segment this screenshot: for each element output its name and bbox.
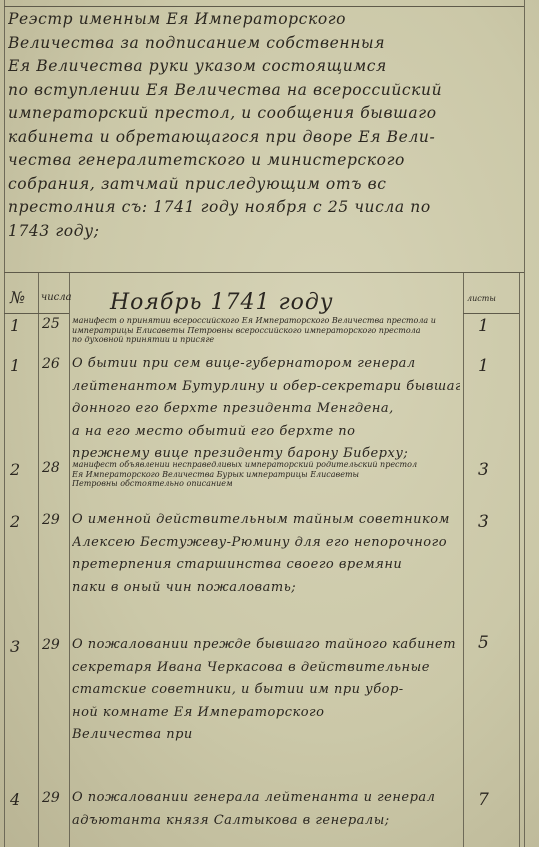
row-text-line: ной комнате Ея Императорского xyxy=(72,702,460,725)
row-text-line: Алексею Бестужеву-Рюмину для его непороч… xyxy=(72,532,460,555)
intro-line: престолния съ: 1741 году ноября с 25 чис… xyxy=(8,196,513,220)
row-text-line: лейтенантом Бутурлину и обер-секретари б… xyxy=(72,376,460,399)
row-text-line: О бытии при сем вице-губернатором генера… xyxy=(72,353,460,376)
row-text: О бытии при сем вице-губернатором генера… xyxy=(72,353,460,466)
left-margin-rule xyxy=(4,0,5,847)
row-text-line: Величества при xyxy=(72,724,460,747)
header-bottom-rule-left xyxy=(4,313,69,314)
row-page: 3 xyxy=(478,512,489,532)
intro-line: чества генералитетского и министерского xyxy=(8,149,513,173)
header-bottom-rule-right xyxy=(463,313,519,314)
row-number: 1 xyxy=(10,316,20,335)
row-text-line: О именной действительным тайным советник… xyxy=(72,509,460,532)
intro-line: собрания, затчмай приследующим отъ вс xyxy=(8,173,513,197)
row-text-line: донного его берхте президента Менгдена, xyxy=(72,398,460,421)
row-number: 2 xyxy=(10,512,20,531)
intro-line: Ея Величества руки указом состоящимся xyxy=(8,55,513,79)
number-column-rule xyxy=(38,272,39,847)
row-day: 29 xyxy=(42,637,60,653)
header-day: числа xyxy=(41,292,72,303)
month-title: Ноябрь 1741 году xyxy=(110,290,334,315)
intro-line: императорский престол, и сообщения бывша… xyxy=(8,102,513,126)
row-day: 29 xyxy=(42,512,60,528)
row-page: 7 xyxy=(478,790,489,810)
row-page: 1 xyxy=(478,356,489,376)
row-day: 26 xyxy=(42,356,60,372)
row-text-line: манифест о принятии всероссийского Ея Им… xyxy=(72,316,460,326)
row-number: 2 xyxy=(10,460,20,479)
row-number: 3 xyxy=(10,637,20,656)
row-text: О пожаловании генерала лейтенанта и гене… xyxy=(72,787,460,832)
row-number: 1 xyxy=(10,356,20,375)
row-text-line: О пожаловании генерала лейтенанта и гене… xyxy=(72,787,460,810)
row-text: манифест о принятии всероссийского Ея Им… xyxy=(72,316,460,345)
intro-line: Реэстр именным Ея Императорского xyxy=(8,8,513,32)
row-day: 25 xyxy=(42,316,60,332)
intro-line: кабинета и обретающагося при дворе Ея Ве… xyxy=(8,126,513,150)
top-border-rule xyxy=(4,6,524,7)
row-text: О пожаловании прежде бывшаго тайного каб… xyxy=(72,634,460,747)
row-text-line: О пожаловании прежде бывшаго тайного каб… xyxy=(72,634,460,657)
manuscript-page: Реэстр именным Ея Императорского Величес… xyxy=(0,0,539,847)
row-text-line: паки в оный чин пожаловать; xyxy=(72,577,460,600)
row-text: манифест объявлении несправедливых импер… xyxy=(72,460,460,489)
row-text-line: а на его место обытий его берхте по xyxy=(72,421,460,444)
row-number: 4 xyxy=(10,790,20,809)
row-day: 28 xyxy=(42,460,60,476)
table-top-rule xyxy=(4,272,524,273)
header-pages: листы xyxy=(467,294,496,303)
pages-column-rule xyxy=(463,272,464,847)
row-text: О именной действительным тайным советник… xyxy=(72,509,460,599)
row-text-line: по духовной принятии и присяге xyxy=(72,335,460,345)
row-text-line: секретаря Ивана Черкасова в действительн… xyxy=(72,657,460,680)
row-text-line: Ея Императорского Величества Бурык импер… xyxy=(72,470,460,480)
row-day: 29 xyxy=(42,790,60,806)
intro-line: 1743 году; xyxy=(8,220,513,244)
right-margin-rule xyxy=(524,0,525,847)
day-column-rule xyxy=(69,272,70,847)
intro-paragraph: Реэстр именным Ея Императорского Величес… xyxy=(8,8,513,243)
outer-right-rule xyxy=(519,272,520,847)
intro-line: Величества за подписанием собственныя xyxy=(8,32,513,56)
row-text-line: претерпения старшинства своего времяни xyxy=(72,554,460,577)
row-text-line: адъютанта князя Салтыкова в генералы; xyxy=(72,810,460,833)
row-page: 1 xyxy=(478,316,489,336)
intro-line: по вступлении Ея Величества на всероссий… xyxy=(8,79,513,103)
row-text-line: манифест объявлении несправедливых импер… xyxy=(72,460,460,470)
row-page: 3 xyxy=(478,460,489,480)
row-text-line: Петровны обстоятельно описанием xyxy=(72,479,460,489)
row-text-line: статские советники, и бытии им при убор- xyxy=(72,679,460,702)
row-page: 5 xyxy=(478,633,489,653)
row-text-line: императрицы Елисаветы Петровны всероссий… xyxy=(72,326,460,336)
header-number: № xyxy=(10,288,25,307)
